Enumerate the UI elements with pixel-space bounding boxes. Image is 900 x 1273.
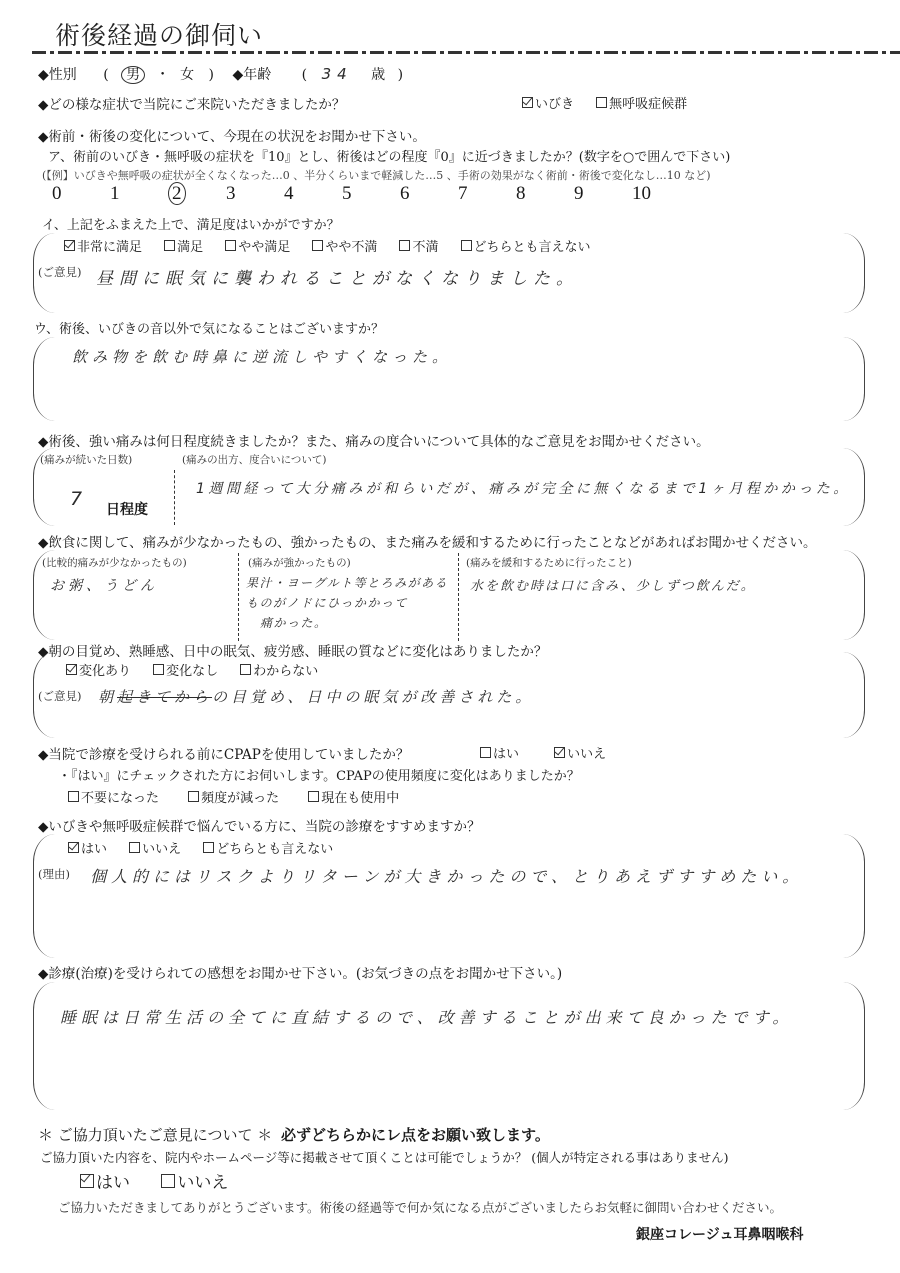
- pain-detail-label: (痛みの出方、度合いについて): [182, 452, 326, 467]
- option-somewhat-dissatisfied[interactable]: やや不満: [312, 236, 377, 255]
- food-col3-value[interactable]: 水を飲む時は口に含み、少しずつ飲んだ。: [470, 575, 756, 594]
- option-reduced-frequency[interactable]: 頻度が減った: [188, 787, 279, 806]
- clinic-name: 銀座コレージュ耳鼻咽喉科: [636, 1224, 803, 1244]
- food-col1-value[interactable]: お粥、うどん: [50, 575, 158, 595]
- checkbox-icon[interactable]: [68, 791, 79, 802]
- option-dissatisfied[interactable]: 不満: [399, 236, 438, 255]
- option-recommend-yes[interactable]: はい: [68, 838, 107, 857]
- sleep-comment[interactable]: 朝起きてからの目覚め、日中の眠気が改善された。: [98, 686, 534, 707]
- recommend-options: はい いいえ どちらとも言えない: [68, 838, 350, 857]
- pain-column-divider: [174, 470, 175, 525]
- option-consent-yes[interactable]: はい: [80, 1168, 130, 1193]
- option-somewhat-satisfied[interactable]: やや満足: [225, 236, 290, 255]
- consent-heading: ＊ ご協力頂いたご意見について ＊ 必ずどちらかにレ点をお願い致します。: [38, 1124, 550, 1145]
- scale-5[interactable]: 5: [342, 183, 400, 205]
- gender-label: ◆性別: [38, 67, 77, 83]
- pain-days-value[interactable]: 7: [70, 488, 86, 510]
- visit-reason-question: ◆どの様な症状で当院にご来院いただきましたか？: [38, 93, 345, 113]
- food-col1-label: (比較的痛みが少なかったもの): [42, 555, 187, 570]
- option-changed[interactable]: 変化あり: [66, 660, 131, 679]
- consent-heading-right: 必ずどちらかにレ点をお願い致します。: [281, 1126, 550, 1144]
- recommend-reason-label: (理由): [38, 866, 70, 882]
- checkbox-checked-icon[interactable]: [66, 664, 77, 675]
- other-concerns-question: ウ、術後、いびきの音以外で気になることはございますか？: [34, 318, 384, 337]
- pain-days-label: (痛みが続いた日数): [40, 452, 132, 467]
- option-still-using[interactable]: 現在も使用中: [308, 787, 399, 806]
- checkbox-icon[interactable]: [164, 240, 175, 251]
- impression-question: ◆診療(治療)を受けられての感想をお聞かせ下さい。(お気づきの点をお聞かせ下さい…: [38, 962, 562, 982]
- satisfaction-question: イ、上記をふまえた上で、満足度はいかがですか？: [42, 214, 340, 233]
- cpap-question: ◆当院で診療を受けられる前にCPAPを使用していましたか？: [38, 743, 409, 763]
- scale-3[interactable]: 3: [226, 183, 284, 205]
- scale-9[interactable]: 9: [574, 183, 632, 205]
- gender-option-male[interactable]: 男: [121, 66, 145, 84]
- checkbox-checked-icon[interactable]: [68, 842, 79, 853]
- option-cpap-no[interactable]: いいえ: [554, 743, 606, 762]
- option-snoring[interactable]: いびき: [522, 93, 574, 112]
- checkbox-icon[interactable]: [129, 842, 140, 853]
- consent-heading-left: ＊ ご協力頂いたご意見について ＊: [38, 1126, 272, 1144]
- food-divider-2: [458, 553, 459, 641]
- age-label: ◆年齢: [232, 67, 271, 83]
- food-col3-label: (痛みを緩和するために行ったこと): [466, 555, 632, 570]
- option-no-change[interactable]: 変化なし: [153, 660, 218, 679]
- satisfaction-comment-label: (ご意見): [38, 264, 81, 280]
- pain-days-unit: 日程度: [106, 499, 148, 519]
- option-neither[interactable]: どちらとも言えない: [461, 236, 591, 255]
- scale-7[interactable]: 7: [458, 183, 516, 205]
- gender-row: ◆性別 ( 男 ・ 女 ) ◆年齢 ( 34 歳 ): [38, 64, 403, 84]
- gender-close-paren: ): [209, 67, 214, 83]
- option-consent-no[interactable]: いいえ: [161, 1168, 228, 1193]
- checkbox-icon[interactable]: [399, 240, 410, 251]
- option-recommend-neither[interactable]: どちらとも言えない: [203, 838, 333, 857]
- cpap-options: はい いいえ: [480, 743, 623, 762]
- change-heading: ◆術前・術後の変化について、今現在の状況をお聞かせ下さい。: [38, 125, 426, 145]
- impression-answer[interactable]: 睡眠は日常生活の全てに直結するので、改善することが出来て良かったです。: [60, 1005, 793, 1028]
- scale-0[interactable]: 0: [52, 183, 110, 205]
- option-recommend-no[interactable]: いいえ: [129, 838, 181, 857]
- impression-box: [33, 982, 865, 1110]
- gender-open-paren: (: [103, 67, 108, 83]
- satisfaction-comment[interactable]: 昼間に眠気に襲われることがなくなりました。: [96, 264, 579, 289]
- checkbox-icon[interactable]: [225, 240, 236, 251]
- option-cpap-yes[interactable]: はい: [480, 743, 519, 762]
- cpap-followup-options: 不要になった 頻度が減った 現在も使用中: [68, 787, 416, 806]
- age-unit: 歳: [371, 67, 385, 83]
- change-example: (【例】いびきや無呼吸の症状が全くなくなった…0 、半分くらいまで軽減した…5 …: [42, 167, 711, 183]
- recommend-question: ◆いびきや無呼吸症候群で悩んでいる方に、当院の診療をすすめますか？: [38, 815, 481, 835]
- scale-6[interactable]: 6: [400, 183, 458, 205]
- food-col2-label: (痛みが強かったもの): [248, 555, 351, 570]
- scale-1[interactable]: 1: [110, 183, 168, 205]
- food-question: ◆飲食に関して、痛みが少なかったもの、強かったもの、また痛みを緩和するために行っ…: [38, 531, 817, 551]
- form-title: 術後経過の御伺い: [55, 16, 263, 52]
- option-apnea[interactable]: 無呼吸症候群: [596, 93, 687, 112]
- change-scale: 0 1 2 3 4 5 6 7 8 9 10: [52, 183, 692, 205]
- consent-options: はい いいえ: [80, 1168, 245, 1193]
- struck-out-text: 起きてから: [117, 688, 212, 706]
- scale-2-selected[interactable]: 2: [168, 183, 226, 205]
- option-unknown[interactable]: わからない: [240, 660, 318, 679]
- title-divider: [32, 51, 900, 54]
- sleep-comment-label: (ご意見): [38, 688, 81, 704]
- scale-10[interactable]: 10: [632, 183, 690, 205]
- visit-reason-options: いびき 無呼吸症候群: [522, 93, 704, 112]
- pain-question: ◆術後、強い痛みは何日程度続きましたか？また、痛みの度合いについて具体的なご意見…: [38, 430, 710, 450]
- checkbox-icon[interactable]: [480, 747, 491, 758]
- age-close-paren: ): [398, 67, 403, 83]
- option-no-longer-needed[interactable]: 不要になった: [68, 787, 159, 806]
- checkbox-icon[interactable]: [153, 664, 164, 675]
- checkbox-checked-icon[interactable]: [554, 747, 565, 758]
- checkbox-icon[interactable]: [240, 664, 251, 675]
- sleep-options: 変化あり 変化なし わからない: [66, 660, 335, 679]
- recommend-reason[interactable]: 個人的にはリスクよりリターンが大きかったので、とりあえずすすめたい。: [90, 864, 803, 887]
- checkbox-icon[interactable]: [596, 97, 607, 108]
- age-value[interactable]: 34: [322, 65, 353, 83]
- checkbox-checked-icon[interactable]: [64, 240, 75, 251]
- checkbox-icon[interactable]: [461, 240, 472, 251]
- consent-thanks: ご協力いただきましてありがとうございます。術後の経過等で何か気になる点がございま…: [58, 1198, 782, 1216]
- option-very-satisfied[interactable]: 非常に満足: [64, 236, 142, 255]
- checkbox-icon[interactable]: [308, 791, 319, 802]
- checkbox-icon[interactable]: [203, 842, 214, 853]
- scale-4[interactable]: 4: [284, 183, 342, 205]
- checkbox-icon[interactable]: [161, 1174, 175, 1188]
- consent-question: ご協力頂いた内容を、院内やホームページ等に掲載させて頂くことは可能でしょうか？ …: [40, 1148, 728, 1166]
- gender-separator: ・: [156, 67, 170, 83]
- age-open-paren: (: [302, 67, 307, 83]
- other-concerns-answer[interactable]: 飲み物を飲む時鼻に逆流しやすくなった。: [72, 346, 452, 367]
- checkbox-icon[interactable]: [312, 240, 323, 251]
- pain-detail[interactable]: 1週間経って大分痛みが和らいだが、痛みが完全に無くなるまで1ヶ月程かかった。: [196, 478, 851, 498]
- change-question-a: ア、術前のいびき・無呼吸の症状を『10』とし、術後はどの程度『0』に近づきました…: [48, 146, 730, 165]
- checkbox-icon[interactable]: [188, 791, 199, 802]
- checkbox-checked-icon[interactable]: [80, 1174, 94, 1188]
- scale-8[interactable]: 8: [516, 183, 574, 205]
- food-divider-1: [238, 553, 239, 641]
- gender-option-female[interactable]: 女: [180, 67, 194, 83]
- food-col2-value[interactable]: 果汁・ヨーグルト等とろみがある ものがノドにひっかかって 痛かった。: [246, 573, 448, 633]
- option-satisfied[interactable]: 満足: [164, 236, 203, 255]
- cpap-followup-question: ・『はい』にチェックされた方にお伺いします。CPAPの使用頻度に変化はありました…: [58, 765, 580, 784]
- satisfaction-options: 非常に満足 満足 やや満足 やや不満 不満 どちらとも言えない: [64, 236, 608, 255]
- checkbox-checked-icon[interactable]: [522, 97, 533, 108]
